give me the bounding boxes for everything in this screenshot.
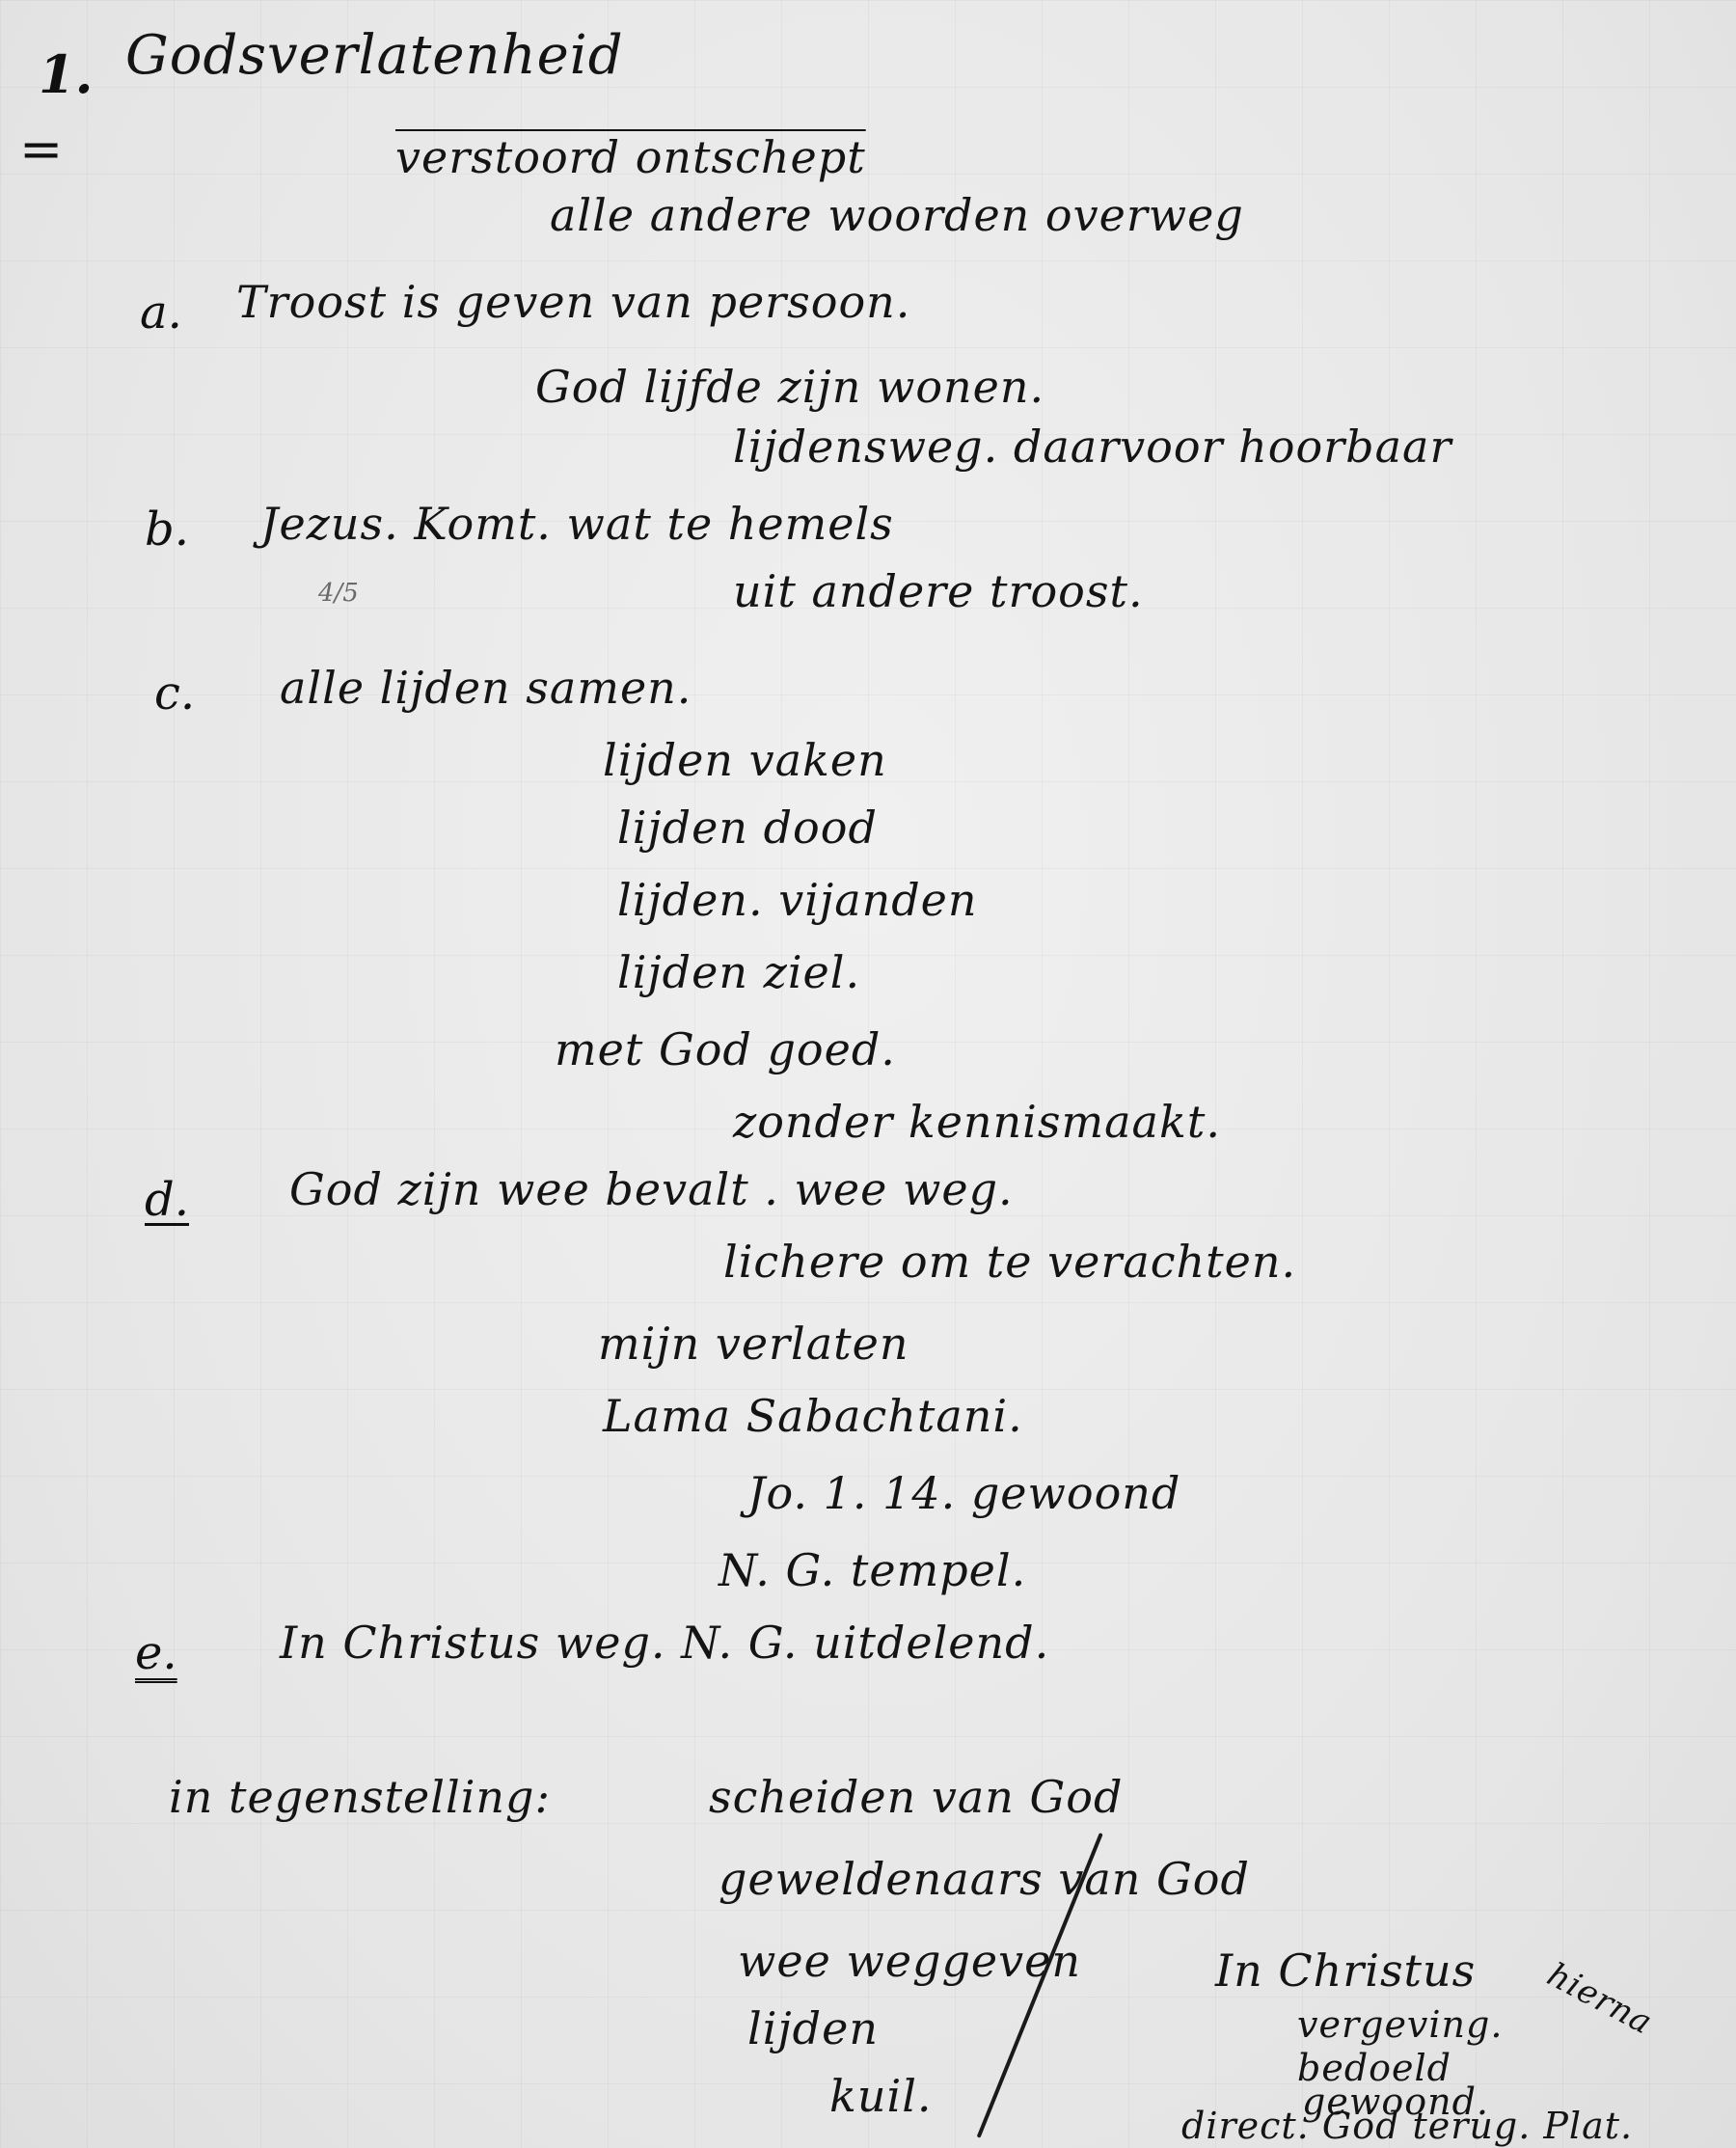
contrast-left-line-2: geweldenaars van God xyxy=(719,1857,1250,1901)
contrast-right-line-5: direct. God terug. Plat. xyxy=(1181,2107,1633,2144)
contrast-label: in tegenstelling: xyxy=(169,1775,551,1819)
section-d-line-4: Lama Sabachtani. xyxy=(603,1394,1023,1438)
contrast-left-line-4: lijden xyxy=(747,2006,879,2051)
double-mark: = xyxy=(19,123,63,176)
section-d-line-3: mijn verlaten xyxy=(598,1321,909,1366)
section-c-line-2: lijden vaken xyxy=(603,738,887,782)
section-d-line-6: N. G. tempel. xyxy=(719,1548,1026,1592)
section-a-line-1: Troost is geven van persoon. xyxy=(236,280,910,324)
section-number: 1. xyxy=(39,48,93,100)
section-d-line-2: lichere om te verachten. xyxy=(723,1239,1296,1284)
intro-line-1: verstoord ontschept xyxy=(395,135,866,179)
section-c-line-3: lijden dood xyxy=(617,805,878,850)
section-c-line-4: lijden. vijanden xyxy=(617,878,978,922)
margin-note-b: 4/5 xyxy=(318,579,359,608)
section-a-line-2: God lijfde zijn wonen. xyxy=(535,365,1044,409)
section-marker-c: c. xyxy=(154,670,195,717)
right-margin-note: hierna xyxy=(1542,1958,1658,2040)
contrast-right-line-1: In Christus xyxy=(1215,1948,1476,1993)
contrast-right-line-2: vergeving. xyxy=(1297,2006,1503,2043)
page-title: Godsverlatenheid xyxy=(125,29,624,83)
section-d-line-1: God zijn wee bevalt . wee weg. xyxy=(289,1167,1014,1211)
section-c-line-5: lijden ziel. xyxy=(617,950,860,994)
section-marker-b: b. xyxy=(145,506,189,553)
intro-line-2: alle andere woorden overweg xyxy=(550,193,1244,237)
section-d-line-5: Jo. 1. 14. gewoond xyxy=(747,1471,1180,1515)
section-marker-a: a. xyxy=(140,289,182,336)
section-c-line-1: alle lijden samen. xyxy=(280,666,692,710)
section-e-line-1: In Christus weg. N. G. uitdelend. xyxy=(280,1620,1049,1665)
section-marker-e: e. xyxy=(135,1630,177,1676)
section-a-line-3: lijdensweg. daarvoor hoorbaar xyxy=(733,424,1451,469)
section-c-line-6: met God goed. xyxy=(555,1027,896,1072)
manuscript-page: 1. Godsverlatenheid = verstoord ontschep… xyxy=(0,0,1736,2148)
contrast-left-line-3: wee weggeven xyxy=(738,1939,1081,1983)
section-c-line-7: zonder kennismaakt. xyxy=(733,1100,1221,1144)
section-b-line-2: uit andere troost. xyxy=(733,569,1144,613)
contrast-left-line-1: scheiden van God xyxy=(709,1775,1123,1819)
section-marker-d: d. xyxy=(145,1177,189,1223)
section-b-line-1: Jezus. Komt. wat te hemels xyxy=(260,502,894,546)
contrast-left-line-5: kuil. xyxy=(829,2074,933,2118)
